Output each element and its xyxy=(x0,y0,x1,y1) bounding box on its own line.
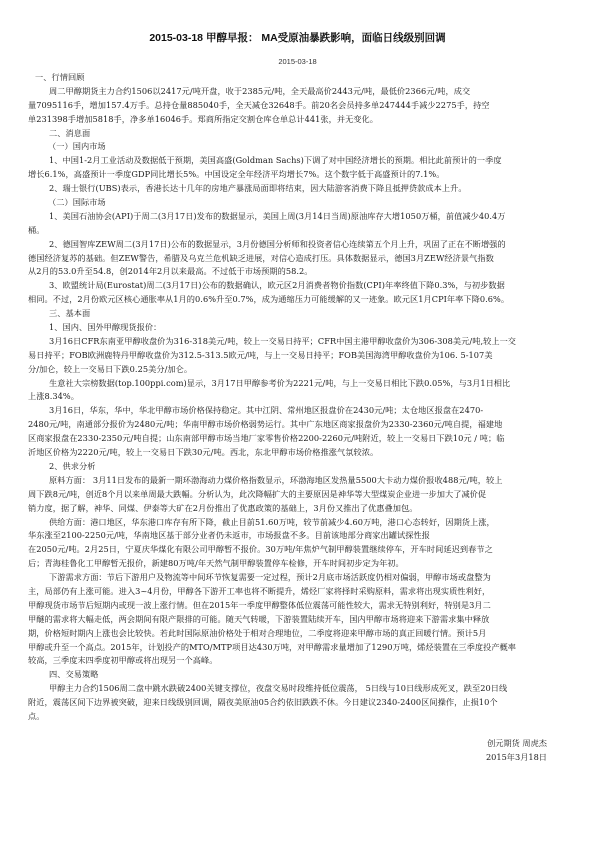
text-line: 易日持平；FOB欧洲鹿特丹甲醇收盘价为312.5-313.5欧元/吨，与上一交易… xyxy=(28,349,508,363)
text-line: 后；青海桂鲁化工甲醇暂无报价，新建80万吨/年天然气制甲醇装置停车检修，开车时间… xyxy=(28,557,508,571)
text-line: 主，局部仍有上涨可能。进入3~4月份，甲醇各下游开工率也将不断提升，烯烃厂家将择… xyxy=(28,585,508,599)
text-line: 甲醇或升至一个高点。2015年，计划投产的MTO/MTP项目达430万吨，对甲醇… xyxy=(28,641,508,655)
text-line: 一、行情回顾 xyxy=(28,71,508,85)
text-line: 桶。 xyxy=(28,224,508,238)
text-line: 相同。不过，2月份欧元区核心通胀率从1月的0.6%升至0.7%，成为通缩压力可能… xyxy=(28,293,508,307)
text-line: 周二甲醇期货主力合约1506以2417元/吨开盘，收于2385元/吨，全天最高价… xyxy=(28,85,508,99)
report-date: 2015-03-18 xyxy=(0,57,595,66)
text-line: 供给方面：港口地区，华东港口库存有所下降，截止目前51.60万吨，较节前减少4.… xyxy=(28,516,508,530)
text-line: 2、瑞士银行(UBS)表示，香港长达十几年的房地产暴涨局面即将结束，因大陆游客消… xyxy=(28,182,508,196)
text-line: 2、供求分析 xyxy=(28,460,508,474)
text-line: 增长6.1%，高盛预计一季度GDP同比增长5%。中国设定全年经济平均增长7%。这… xyxy=(28,168,508,182)
text-line: 德国经济复苏的基础。但ZEW警告，希腊及乌克兰危机缺乏进展，对信心造成打压。具体… xyxy=(28,252,508,266)
text-line: 周下跌8元/吨，创近8个月以来单周最大跌幅。分析认为，此次降幅扩大的主要原因是神… xyxy=(28,488,508,502)
text-line: 点。 xyxy=(28,710,508,724)
text-line: 二、消息面 xyxy=(28,127,508,141)
text-line: 量7095116手，增加157.4万手。总持仓量885040手，全天减仓3264… xyxy=(28,99,508,113)
text-line: 2、德国智库ZEW周二(3月17日)公布的数据显示，3月份德国分析师和投资者信心… xyxy=(28,238,508,252)
text-line: 三、基本面 xyxy=(28,307,508,321)
text-line: 附近，震荡区间下边界被突破，迎来日线级别回调，隔夜美原油05合约依旧跌跌不休。今… xyxy=(28,696,508,710)
text-line: 下游需求方面：节后下游用户及物流等中间环节恢复需要一定过程，预计2月底市场活跃度… xyxy=(28,571,508,585)
text-line: 在2050元/吨。2月25日，宁夏庆华煤化有限公司甲醇暂不报价。30万吨/年焦炉… xyxy=(28,543,508,557)
signature-date: 2015年3月18日 xyxy=(0,752,547,763)
text-line: 甲醇主力合约1506周二盘中跳水跌破2400关键支撑位，夜盘交易时段维持低位震荡… xyxy=(28,682,508,696)
text-line: 甲醇现货市场节后短期内或现一波上涨行情。但在2015年一季度甲醇整体低位震荡可能… xyxy=(28,599,508,613)
text-line: 区商家报盘在2330-2350元/吨自提；山东南部甲醇市场当地厂家零售价格220… xyxy=(28,432,508,446)
text-line: 上涨8.34%。 xyxy=(28,390,508,404)
text-line: 生意社大宗榜数据(top.100ppi.com)显示，3月17日甲醇参考价为22… xyxy=(28,377,508,391)
text-line: 销力度，据了解，神华、同煤、伊泰等大矿在2月份推出了优惠政策的基础上，3月份又推… xyxy=(28,502,508,516)
text-line: 2480元/吨，南通部分报价为2480元/吨；华南甲醇市场价格弱势运行。其中广东… xyxy=(28,418,508,432)
text-line: （二）国际市场 xyxy=(28,196,508,210)
text-line: 四、交易策略 xyxy=(28,668,508,682)
report-body: 一、行情回顾周二甲醇期货主力合约1506以2417元/吨开盘，收于2385元/吨… xyxy=(28,71,508,724)
text-line: 3月16日CFR东南亚甲醇收盘价为316-318美元/吨，较上一交易日持平；CF… xyxy=(28,335,508,349)
text-line: 1、国内、国外甲醇现货报价： xyxy=(28,321,508,335)
text-line: 3、欧盟统计局(Eurostat)周二(3月17日)公布的数据确认，欧元区2月消… xyxy=(28,279,508,293)
text-line: 3月16日，华东，华中，华北甲醇市场价格保持稳定。其中江阴、常州地区报盘价在24… xyxy=(28,404,508,418)
text-line: 单231398手增加5818手，净多单16046手。郑商所指定交割仓库仓单总计4… xyxy=(28,113,508,127)
report-title: 2015-03-18 甲醇早报： MA受原油暴跌影响，面临日线级别回调 xyxy=(0,30,595,45)
text-line: 原料方面： 3月11日发布的最新一期环渤海动力煤价格指数显示，环渤海地区发热量5… xyxy=(28,474,508,488)
text-line: 从2月的53.0升至54.8，创2014年2月以来最高。不过低于市场预期的58.… xyxy=(28,265,508,279)
text-line: 分/加仑，较上一交易日下跌0.25美分/加仑。 xyxy=(28,363,508,377)
text-line: 华东涨至2100-2250元/吨，华南地区基于部分业者仍未返市，市场报盘不多。目… xyxy=(28,529,508,543)
text-line: 较高，三季度末四季度初甲醇或将出现另一个高峰。 xyxy=(28,654,508,668)
text-line: 沂地区价格为2220元/吨，较上一交易日下跌30元/吨。西北，东北甲醇市场价格推… xyxy=(28,446,508,460)
text-line: （一）国内市场 xyxy=(28,140,508,154)
text-line: 甲醚的需求将大幅走低，两会期间有限产限排的可能。随天气转暖，下游装置陆续开车，国… xyxy=(28,613,508,627)
signature-author: 创元期货 周虎杰 xyxy=(0,738,547,749)
text-line: 1、美国石油协会(API)于周二(3月17日)发布的数据显示，美国上周(3月14… xyxy=(28,210,508,224)
text-line: 1、中国1-2月工业活动及数据低于预期，美国高盛(Goldman Sachs)下… xyxy=(28,154,508,168)
text-line: 期，价格短时期内上涨也会比较快。若此时国际原油价格处于相对合理地位，二季度将迎来… xyxy=(28,627,508,641)
